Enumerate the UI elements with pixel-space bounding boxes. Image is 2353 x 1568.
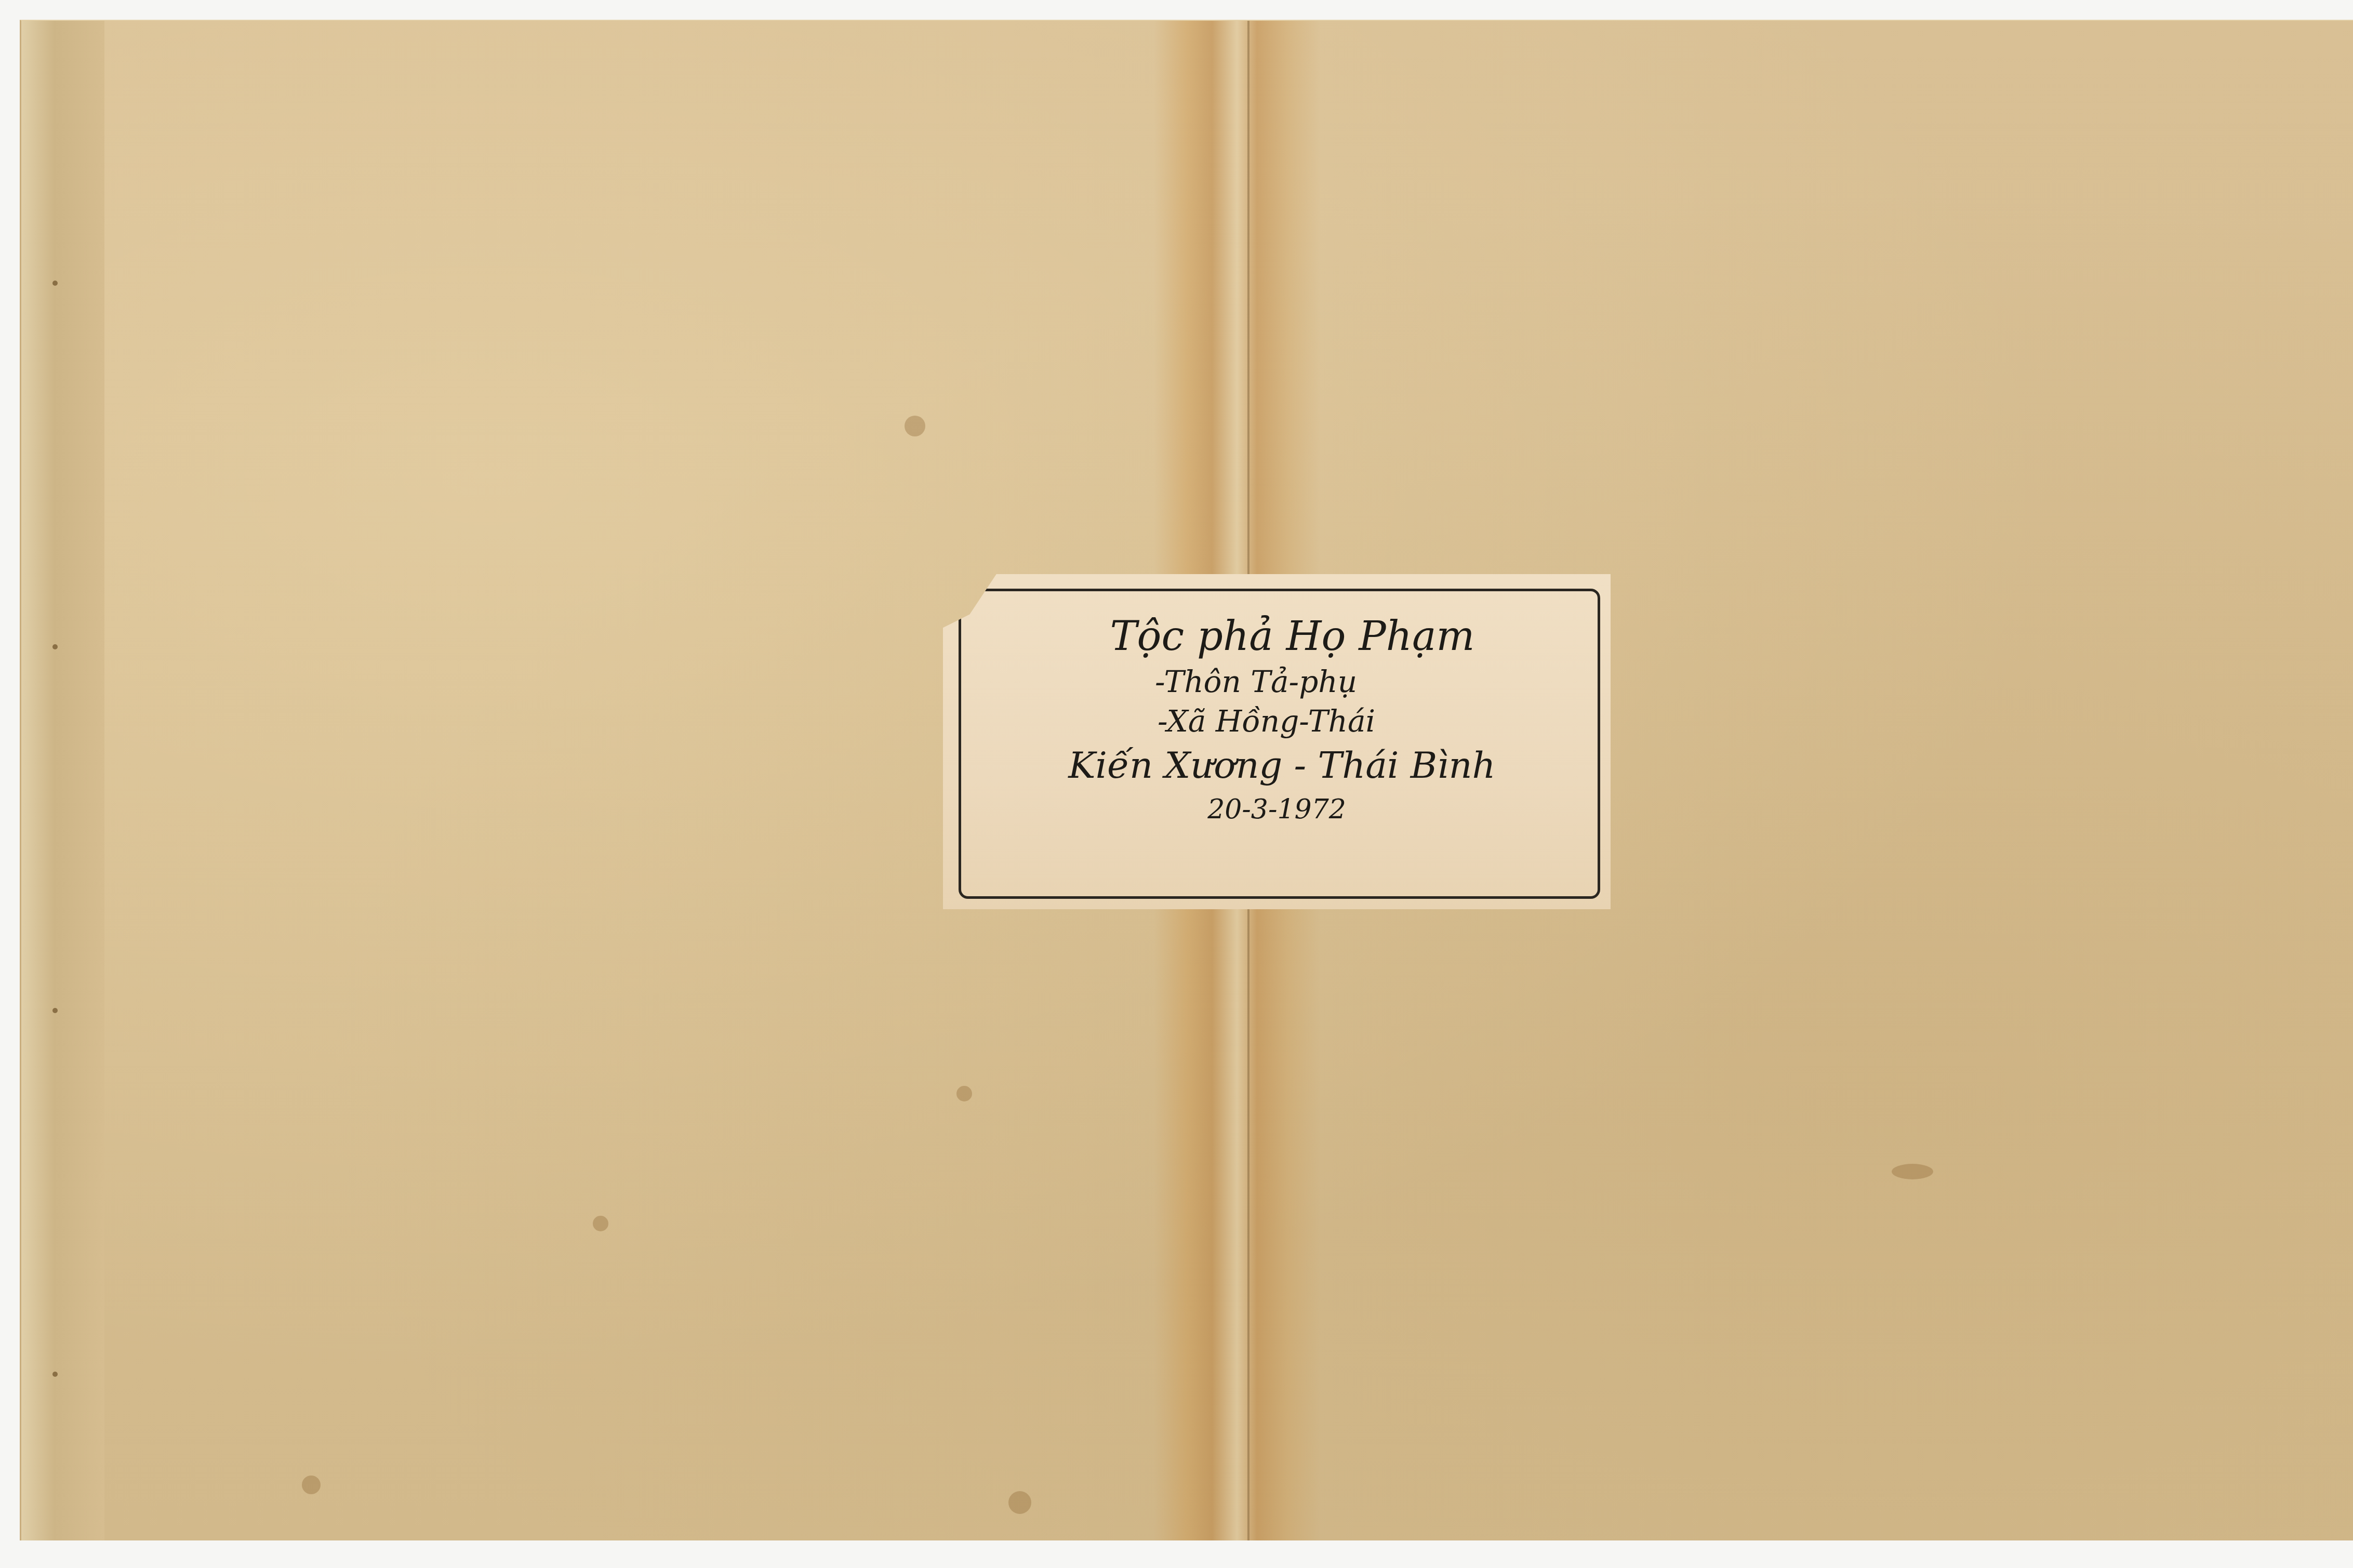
- stitch-hole: [52, 1372, 58, 1377]
- label-district-province: Kiến Xương - Thái Bình: [1068, 744, 1495, 787]
- stain: [1008, 1491, 1031, 1514]
- stain: [956, 1086, 972, 1101]
- stain: [302, 1476, 321, 1494]
- binding-edge: [21, 21, 104, 1540]
- label-commune: -Xã Hồng-Thái: [1158, 703, 1375, 739]
- label-village: -Thôn Tả-phụ: [1155, 664, 1357, 699]
- cover-label: Tộc phả Họ Phạm -Thôn Tả-phụ -Xã Hồng-Th…: [943, 574, 1611, 909]
- stitch-hole: [52, 644, 58, 649]
- stitch-hole: [52, 1008, 58, 1013]
- label-date: 20-3-1972: [1207, 794, 1346, 825]
- stain: [1892, 1164, 1933, 1179]
- stain: [593, 1216, 608, 1231]
- label-title: Tộc phả Họ Phạm: [1110, 613, 1475, 660]
- stain: [905, 416, 925, 436]
- stitch-hole: [52, 281, 58, 286]
